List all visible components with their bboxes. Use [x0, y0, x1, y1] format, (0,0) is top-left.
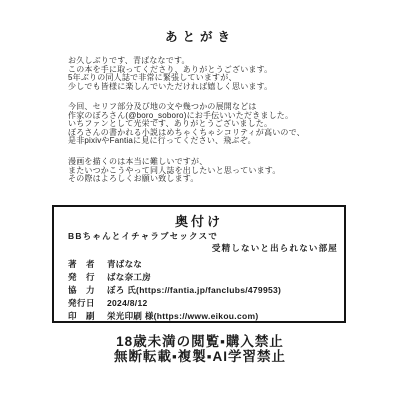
page-title: あとがき: [0, 27, 400, 45]
book-title-line-1: BBちゃんとイチャラブセックスで: [68, 230, 218, 242]
row-label: 協 力: [68, 284, 107, 296]
afterword-page: あとがき お久しぶりです、青ばななです。 この本を手に取ってくださり、ありがとう…: [0, 0, 400, 400]
row-value: 2024/8/12: [107, 298, 148, 308]
afterword-paragraph-3: 漫画を描くのは本当に難しいですが、 またいつかこうやって同人誌を出したいと思って…: [68, 158, 281, 184]
row-label: 発行日: [68, 297, 107, 309]
paragraph-line: その際はよろしくお願い致します。: [68, 175, 281, 184]
row-value: ぼろ 氏(https://fantia.jp/fanclubs/479953): [107, 284, 281, 296]
notice-line-1: 18歳未満の閲覧▪購入禁止: [0, 335, 400, 350]
colophon-row-publisher: 発 行 ばな奈工房: [68, 270, 338, 283]
colophon-heading: 奥付け: [54, 211, 344, 230]
book-title-line-2: 受精しないと出られない部屋: [212, 242, 338, 254]
row-value: ばな奈工房: [107, 271, 151, 283]
colophon-row-publish-date: 発行日 2024/8/12: [68, 297, 338, 310]
row-value: 栄光印刷 様(https://www.eikou.com): [107, 310, 258, 322]
age-restriction-notice: 18歳未満の閲覧▪購入禁止 無断転載▪複製▪AI学習禁止: [0, 335, 400, 364]
row-value: 青ばなな: [107, 258, 142, 270]
paragraph-line: 少しでも皆様に楽しんでいただければ嬉しく思います。: [68, 83, 272, 92]
row-label: 印 刷: [68, 310, 107, 322]
colophon-rows: 著 者 青ばなな 発 行 ばな奈工房 協 力 ぼろ 氏(https://fant…: [68, 257, 338, 323]
afterword-paragraph-2: 今回、セリフ部分及び地の文や幾つかの展開などは 作家のぼろさん(@boro_so…: [68, 103, 305, 146]
row-label: 著 者: [68, 258, 107, 270]
colophon-row-printer: 印 刷 栄光印刷 様(https://www.eikou.com): [68, 310, 338, 323]
notice-line-2: 無断転載▪複製▪AI学習禁止: [0, 350, 400, 365]
colophon-row-author: 著 者 青ばなな: [68, 257, 338, 270]
row-label: 発 行: [68, 271, 107, 283]
colophon-box: 奥付け BBちゃんとイチャラブセックスで 受精しないと出られない部屋 著 者 青…: [52, 205, 346, 323]
afterword-paragraph-1: お久しぶりです、青ばななです。 この本を手に取ってくださり、ありがとうございます…: [68, 57, 272, 91]
colophon-row-cooperation: 協 力 ぼろ 氏(https://fantia.jp/fanclubs/4799…: [68, 283, 338, 296]
paragraph-line: 是非pixivやFantiaに見に行ってください、飛ぶぞ。: [68, 137, 305, 146]
